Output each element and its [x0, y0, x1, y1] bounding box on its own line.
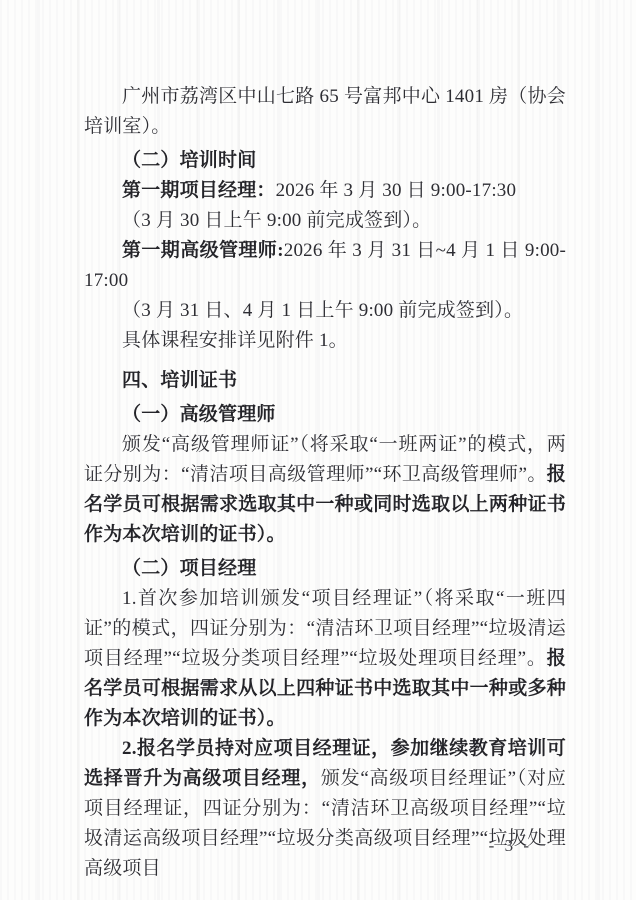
paragraph: 第一期高级管理师:2026 年 3 月 31 日~4 月 1 日 9:00-17…: [84, 236, 566, 296]
paragraph: 第一期项目经理：2026 年 3 月 30 日 9:00-17:30: [84, 176, 566, 206]
text-segment: 广州市荔湾区中山七路 65 号富邦中心 1401 房（协会培训室）。: [84, 86, 566, 137]
text-segment: 颁发“高级管理师证”（将采取“一班两证”的模式，两证分别为：“清洁项目高级管理师…: [84, 434, 566, 485]
paragraph: 2.报名学员持对应项目经理证，参加继续教育培训可选择晋升为高级项目经理，颁发“高…: [84, 734, 566, 884]
text-segment: 第一期项目经理：: [122, 180, 276, 201]
sub-heading: （二）项目经理: [84, 554, 566, 584]
paragraph: 颁发“高级管理师证”（将采取“一班两证”的模式，两证分别为：“清洁项目高级管理师…: [84, 430, 566, 550]
text-segment: （3 月 31 日、4 月 1 日上午 9:00 前完成签到）。: [122, 300, 523, 321]
page-number: - 3 -: [489, 836, 532, 856]
paragraph: （3 月 30 日上午 9:00 前完成签到）。: [84, 206, 566, 236]
text-segment: 2026 年 3 月 30 日 9:00-17:30: [276, 180, 517, 201]
paragraph: 具体课程安排详见附件 1。: [84, 326, 566, 356]
sub-heading: （二）培训时间: [84, 146, 566, 176]
text-segment: 1.首次参加培训颁发“项目经理证”（将采取“一班四证”的模式，四证分别为：“清洁…: [84, 588, 566, 669]
paragraph: 广州市荔湾区中山七路 65 号富邦中心 1401 房（协会培训室）。: [84, 82, 566, 142]
section-heading: 四、培训证书: [84, 366, 566, 396]
paragraph: （3 月 31 日、4 月 1 日上午 9:00 前完成签到）。: [84, 296, 566, 326]
text-segment: （3 月 30 日上午 9:00 前完成签到）。: [122, 210, 431, 231]
text-segment: 具体课程安排详见附件 1。: [122, 330, 348, 351]
document-page: { "document": { "blocks": [ { "style": "…: [0, 0, 636, 900]
text-segment: 四、培训证书: [122, 370, 237, 391]
text-segment: 第一期高级管理师:: [122, 240, 284, 261]
paragraph: 1.首次参加培训颁发“项目经理证”（将采取“一班四证”的模式，四证分别为：“清洁…: [84, 584, 566, 734]
text-segment: （二）项目经理: [122, 558, 256, 579]
text-segment: （一）高级管理师: [122, 404, 276, 425]
text-segment: （二）培训时间: [122, 150, 256, 171]
sub-heading: （一）高级管理师: [84, 400, 566, 430]
document-body: 广州市荔湾区中山七路 65 号富邦中心 1401 房（协会培训室）。（二）培训时…: [84, 82, 566, 884]
